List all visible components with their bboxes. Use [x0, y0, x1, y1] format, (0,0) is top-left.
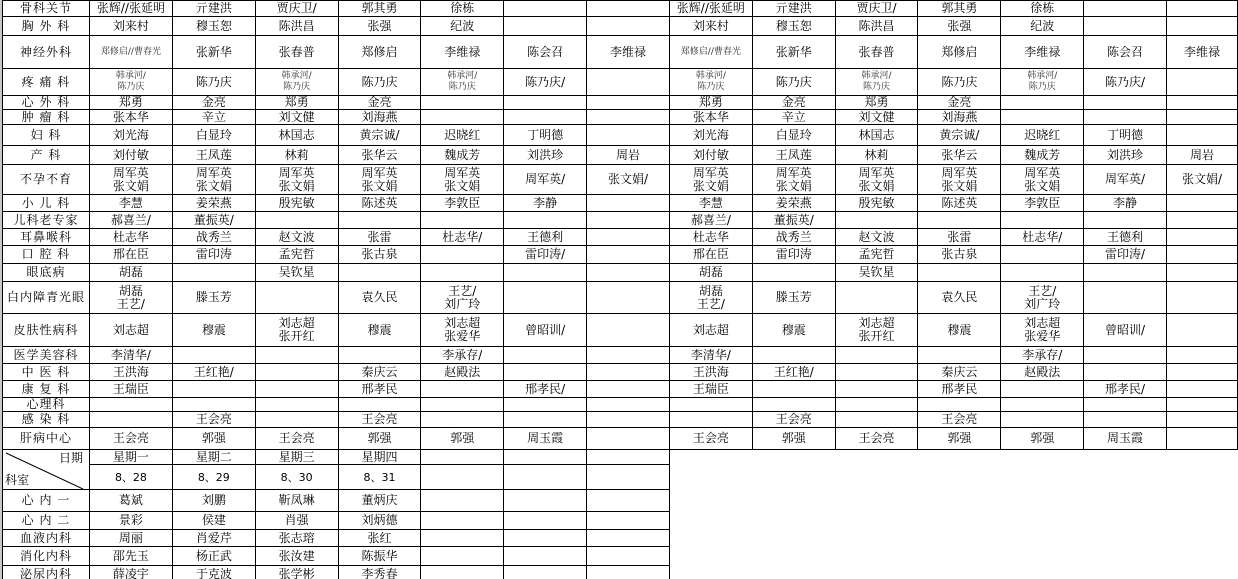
department-cell[interactable]: 胸 外 科 — [3, 17, 90, 36]
doctor-cell[interactable] — [421, 398, 504, 412]
doctor-cell[interactable]: 林国志 — [835, 125, 918, 146]
doctor-cell[interactable]: 秦庆云 — [918, 364, 1001, 381]
doctor-cell[interactable]: 陈会召 — [504, 36, 587, 69]
doctor-cell[interactable]: 陈乃庆/ — [1084, 69, 1167, 96]
doctor-cell[interactable]: 殷宪敏 — [835, 195, 918, 212]
doctor-cell[interactable]: 王会亮 — [89, 428, 172, 450]
doctor-cell[interactable] — [421, 110, 504, 125]
doctor-cell[interactable] — [587, 246, 670, 264]
doctor-cell[interactable]: 张本华 — [669, 110, 752, 125]
doctor-cell[interactable] — [752, 264, 835, 282]
doctor-cell[interactable] — [172, 398, 255, 412]
doctor-cell[interactable]: 魏成芳 — [421, 146, 504, 165]
department-cell[interactable]: 康 复 科 — [3, 381, 90, 398]
doctor-cell[interactable]: 杜志华/ — [421, 229, 504, 246]
department-cell[interactable]: 神经外科 — [3, 36, 90, 69]
doctor-cell[interactable] — [504, 364, 587, 381]
doctor-cell[interactable]: 张汝建 — [255, 547, 338, 566]
doctor-cell[interactable] — [255, 212, 338, 229]
doctor-cell[interactable] — [1166, 264, 1237, 282]
weekday-cell[interactable] — [421, 450, 504, 465]
doctor-cell[interactable]: 黄宗诚/ — [338, 125, 421, 146]
doctor-cell[interactable]: 袁久民 — [918, 282, 1001, 314]
doctor-cell[interactable]: 胡磊王艺/ — [669, 282, 752, 314]
doctor-cell[interactable]: 周丽 — [89, 530, 172, 547]
date-cell[interactable]: 8、29 — [172, 465, 255, 490]
doctor-cell[interactable]: 葛斌 — [89, 490, 172, 512]
doctor-cell[interactable]: 雷印涛/ — [504, 246, 587, 264]
doctor-cell[interactable]: 周军英/ — [1084, 165, 1167, 195]
doctor-cell[interactable] — [255, 381, 338, 398]
doctor-cell[interactable]: 杨正武 — [172, 547, 255, 566]
doctor-cell[interactable]: 纪波 — [1001, 17, 1084, 36]
doctor-cell[interactable]: 刘来村 — [669, 17, 752, 36]
doctor-cell[interactable]: 刘洪珍 — [504, 146, 587, 165]
doctor-cell[interactable]: 张古泉 — [918, 246, 1001, 264]
doctor-cell[interactable] — [1166, 1, 1237, 17]
doctor-cell[interactable] — [835, 398, 918, 412]
doctor-cell[interactable]: 战秀兰 — [752, 229, 835, 246]
department-cell[interactable]: 血液内科 — [3, 530, 90, 547]
doctor-cell[interactable] — [1166, 125, 1237, 146]
doctor-cell[interactable]: 王德利 — [504, 229, 587, 246]
doctor-cell[interactable]: 王艺/刘广玲 — [421, 282, 504, 314]
doctor-cell[interactable] — [587, 381, 670, 398]
doctor-cell[interactable]: 袁久民 — [338, 282, 421, 314]
doctor-cell[interactable] — [1084, 17, 1167, 36]
doctor-cell[interactable]: 王会亮 — [752, 412, 835, 428]
doctor-cell[interactable] — [669, 398, 752, 412]
department-cell[interactable]: 儿科老专家 — [3, 212, 90, 229]
doctor-cell[interactable]: 王艺/刘广玲 — [1001, 282, 1084, 314]
doctor-cell[interactable] — [1166, 364, 1237, 381]
doctor-cell[interactable] — [255, 412, 338, 428]
doctor-cell[interactable] — [172, 381, 255, 398]
doctor-cell[interactable]: 杜志华 — [669, 229, 752, 246]
doctor-cell[interactable]: 穆震 — [918, 314, 1001, 347]
doctor-cell[interactable]: 雷印涛/ — [1084, 246, 1167, 264]
doctor-cell[interactable] — [504, 212, 587, 229]
doctor-cell[interactable]: 陈乃庆 — [338, 69, 421, 96]
doctor-cell[interactable] — [338, 212, 421, 229]
doctor-cell[interactable]: 丁明德 — [1084, 125, 1167, 146]
date-cell[interactable]: 8、31 — [338, 465, 421, 490]
doctor-cell[interactable]: 郭强 — [752, 428, 835, 450]
doctor-cell[interactable] — [587, 547, 670, 566]
doctor-cell[interactable] — [1166, 347, 1237, 364]
doctor-cell[interactable] — [1001, 398, 1084, 412]
doctor-cell[interactable]: 林国志 — [255, 125, 338, 146]
department-cell[interactable]: 肿 瘤 科 — [3, 110, 90, 125]
doctor-cell[interactable]: 韩承河/陈乃庆 — [1001, 69, 1084, 96]
doctor-cell[interactable]: 胡磊王艺/ — [89, 282, 172, 314]
doctor-cell[interactable]: 刘炳德 — [338, 512, 421, 530]
doctor-cell[interactable]: 张辉//张延明 — [89, 1, 172, 17]
doctor-cell[interactable]: 郑修启//曹春光 — [669, 36, 752, 69]
department-cell[interactable]: 眼底病 — [3, 264, 90, 282]
doctor-cell[interactable]: 李静 — [1084, 195, 1167, 212]
doctor-cell[interactable]: 陈述英 — [918, 195, 1001, 212]
doctor-cell[interactable] — [255, 398, 338, 412]
doctor-cell[interactable]: 于克波 — [172, 566, 255, 579]
doctor-cell[interactable]: 邢在臣 — [669, 246, 752, 264]
doctor-cell[interactable] — [1166, 398, 1237, 412]
doctor-cell[interactable] — [1001, 264, 1084, 282]
doctor-cell[interactable]: 孟宪哲 — [835, 246, 918, 264]
doctor-cell[interactable]: 胡磊 — [669, 264, 752, 282]
doctor-cell[interactable] — [504, 530, 587, 547]
doctor-cell[interactable]: 刘志超 — [89, 314, 172, 347]
doctor-cell[interactable] — [1084, 398, 1167, 412]
doctor-cell[interactable]: 李静 — [504, 195, 587, 212]
doctor-cell[interactable] — [918, 347, 1001, 364]
doctor-cell[interactable] — [338, 264, 421, 282]
date-cell[interactable] — [421, 465, 504, 490]
doctor-cell[interactable] — [1084, 110, 1167, 125]
doctor-cell[interactable]: 刘洪珍 — [1084, 146, 1167, 165]
doctor-cell[interactable] — [587, 398, 670, 412]
doctor-cell[interactable] — [1166, 195, 1237, 212]
department-cell[interactable]: 心 内 一 — [3, 490, 90, 512]
doctor-cell[interactable] — [1084, 412, 1167, 428]
doctor-cell[interactable] — [1166, 282, 1237, 314]
date-cell[interactable]: 8、30 — [255, 465, 338, 490]
doctor-cell[interactable]: 陈洪昌 — [255, 17, 338, 36]
doctor-cell[interactable] — [1084, 1, 1167, 17]
doctor-cell[interactable]: 李清华/ — [669, 347, 752, 364]
doctor-cell[interactable]: 韩承河/陈乃庆 — [89, 69, 172, 96]
doctor-cell[interactable]: 肖爱芹 — [172, 530, 255, 547]
doctor-cell[interactable]: 赵文波 — [835, 229, 918, 246]
doctor-cell[interactable]: 张辉//张延明 — [669, 1, 752, 17]
doctor-cell[interactable]: 亓建洪 — [172, 1, 255, 17]
doctor-cell[interactable] — [918, 212, 1001, 229]
department-cell[interactable]: 中 医 科 — [3, 364, 90, 381]
doctor-cell[interactable] — [1166, 212, 1237, 229]
doctor-cell[interactable]: 徐栋 — [1001, 1, 1084, 17]
doctor-cell[interactable] — [1084, 347, 1167, 364]
doctor-cell[interactable]: 赵殿法 — [421, 364, 504, 381]
department-cell[interactable]: 心 内 二 — [3, 512, 90, 530]
doctor-cell[interactable] — [587, 412, 670, 428]
doctor-cell[interactable]: 刘志超张开红 — [255, 314, 338, 347]
doctor-cell[interactable]: 林莉 — [255, 146, 338, 165]
doctor-cell[interactable]: 邢孝民 — [918, 381, 1001, 398]
doctor-cell[interactable] — [504, 398, 587, 412]
doctor-cell[interactable]: 魏成芳 — [1001, 146, 1084, 165]
doctor-cell[interactable]: 王会亮 — [255, 428, 338, 450]
doctor-cell[interactable]: 董炳庆 — [338, 490, 421, 512]
doctor-cell[interactable]: 郭其勇 — [918, 1, 1001, 17]
doctor-cell[interactable]: 李承存/ — [421, 347, 504, 364]
doctor-cell[interactable] — [835, 412, 918, 428]
doctor-cell[interactable]: 雷印涛 — [752, 246, 835, 264]
doctor-cell[interactable] — [669, 412, 752, 428]
weekday-cell[interactable] — [504, 450, 587, 465]
doctor-cell[interactable]: 王凤莲 — [172, 146, 255, 165]
doctor-cell[interactable]: 王凤莲 — [752, 146, 835, 165]
doctor-cell[interactable]: 周岩 — [587, 146, 670, 165]
weekday-cell[interactable] — [587, 450, 670, 465]
doctor-cell[interactable]: 周军英张文娟 — [918, 165, 1001, 195]
department-cell[interactable]: 心 外 科 — [3, 96, 90, 110]
doctor-cell[interactable]: 金亮 — [338, 96, 421, 110]
doctor-cell[interactable] — [587, 347, 670, 364]
department-cell[interactable]: 感 染 科 — [3, 412, 90, 428]
department-cell[interactable]: 妇 科 — [3, 125, 90, 146]
doctor-cell[interactable] — [421, 212, 504, 229]
doctor-cell[interactable]: 刘志超张爱华 — [421, 314, 504, 347]
doctor-cell[interactable]: 郑勇 — [835, 96, 918, 110]
doctor-cell[interactable] — [752, 347, 835, 364]
doctor-cell[interactable] — [1166, 96, 1237, 110]
doctor-cell[interactable] — [835, 347, 918, 364]
doctor-cell[interactable]: 陈乃庆/ — [504, 69, 587, 96]
doctor-cell[interactable] — [1001, 246, 1084, 264]
doctor-cell[interactable]: 王瑞臣 — [669, 381, 752, 398]
doctor-cell[interactable]: 周军英/ — [504, 165, 587, 195]
department-cell[interactable]: 皮肤性病科 — [3, 314, 90, 347]
doctor-cell[interactable]: 吴钦星 — [835, 264, 918, 282]
doctor-cell[interactable] — [421, 530, 504, 547]
doctor-cell[interactable]: 周军英张文娟 — [172, 165, 255, 195]
doctor-cell[interactable] — [587, 69, 670, 96]
doctor-cell[interactable]: 李承存/ — [1001, 347, 1084, 364]
doctor-cell[interactable]: 韩承河/陈乃庆 — [835, 69, 918, 96]
doctor-cell[interactable]: 周军英张文娟 — [421, 165, 504, 195]
doctor-cell[interactable]: 林莉 — [835, 146, 918, 165]
doctor-cell[interactable]: 李敦臣 — [1001, 195, 1084, 212]
doctor-cell[interactable]: 张红 — [338, 530, 421, 547]
doctor-cell[interactable]: 王洪海 — [89, 364, 172, 381]
doctor-cell[interactable]: 周军英张文娟 — [255, 165, 338, 195]
doctor-cell[interactable]: 张春普 — [255, 36, 338, 69]
doctor-cell[interactable]: 郑勇 — [255, 96, 338, 110]
doctor-cell[interactable]: 景彩 — [89, 512, 172, 530]
department-cell[interactable]: 消化内科 — [3, 547, 90, 566]
doctor-cell[interactable] — [587, 96, 670, 110]
doctor-cell[interactable] — [1166, 110, 1237, 125]
department-cell[interactable]: 白内障青光眼 — [3, 282, 90, 314]
doctor-cell[interactable]: 刘志超 — [669, 314, 752, 347]
department-cell[interactable]: 心理科 — [3, 398, 90, 412]
doctor-cell[interactable]: 刘来村 — [89, 17, 172, 36]
department-cell[interactable]: 口 腔 科 — [3, 246, 90, 264]
doctor-cell[interactable] — [587, 229, 670, 246]
doctor-cell[interactable] — [504, 264, 587, 282]
doctor-cell[interactable]: 穆玉恕 — [752, 17, 835, 36]
doctor-cell[interactable] — [587, 125, 670, 146]
doctor-cell[interactable]: 张华云 — [338, 146, 421, 165]
doctor-cell[interactable]: 张古泉 — [338, 246, 421, 264]
doctor-cell[interactable]: 韩承河/陈乃庆 — [255, 69, 338, 96]
doctor-cell[interactable]: 郑勇 — [669, 96, 752, 110]
doctor-cell[interactable]: 陈洪昌 — [835, 17, 918, 36]
doctor-cell[interactable]: 曾昭训/ — [1084, 314, 1167, 347]
doctor-cell[interactable] — [587, 364, 670, 381]
doctor-cell[interactable]: 姜荣燕 — [172, 195, 255, 212]
doctor-cell[interactable]: 辛立 — [752, 110, 835, 125]
doctor-cell[interactable] — [1084, 212, 1167, 229]
doctor-cell[interactable] — [1166, 69, 1237, 96]
doctor-cell[interactable] — [504, 1, 587, 17]
doctor-cell[interactable] — [255, 347, 338, 364]
doctor-cell[interactable]: 韩承河/陈乃庆 — [669, 69, 752, 96]
doctor-cell[interactable]: 郭强 — [918, 428, 1001, 450]
doctor-cell[interactable]: 王洪海 — [669, 364, 752, 381]
doctor-cell[interactable] — [587, 264, 670, 282]
doctor-cell[interactable] — [835, 212, 918, 229]
doctor-cell[interactable]: 李维禄 — [1166, 36, 1237, 69]
doctor-cell[interactable] — [1084, 264, 1167, 282]
doctor-cell[interactable]: 周玉霞 — [1084, 428, 1167, 450]
department-cell[interactable]: 骨科关节 — [3, 1, 90, 17]
doctor-cell[interactable] — [587, 212, 670, 229]
doctor-cell[interactable]: 邢孝民/ — [504, 381, 587, 398]
department-cell[interactable]: 医学美容科 — [3, 347, 90, 364]
doctor-cell[interactable]: 郭其勇 — [338, 1, 421, 17]
doctor-cell[interactable] — [1166, 412, 1237, 428]
doctor-cell[interactable] — [504, 347, 587, 364]
doctor-cell[interactable]: 王红艳/ — [172, 364, 255, 381]
doctor-cell[interactable]: 邢在臣 — [89, 246, 172, 264]
doctor-cell[interactable] — [835, 282, 918, 314]
doctor-cell[interactable] — [255, 282, 338, 314]
doctor-cell[interactable]: 刘光海 — [89, 125, 172, 146]
doctor-cell[interactable] — [504, 412, 587, 428]
doctor-cell[interactable]: 王会亮 — [918, 412, 1001, 428]
doctor-cell[interactable]: 刘志超张爱华 — [1001, 314, 1084, 347]
doctor-cell[interactable] — [504, 282, 587, 314]
department-cell[interactable]: 产 科 — [3, 146, 90, 165]
doctor-cell[interactable] — [587, 530, 670, 547]
doctor-cell[interactable]: 郭强 — [1001, 428, 1084, 450]
doctor-cell[interactable]: 贾庆卫/ — [835, 1, 918, 17]
doctor-cell[interactable]: 周军英张文娟 — [835, 165, 918, 195]
doctor-cell[interactable]: 郭强 — [172, 428, 255, 450]
doctor-cell[interactable]: 陈乃庆 — [172, 69, 255, 96]
doctor-cell[interactable] — [835, 364, 918, 381]
doctor-cell[interactable] — [1084, 282, 1167, 314]
doctor-cell[interactable]: 张文娟/ — [587, 165, 670, 195]
date-cell[interactable]: 8、28 — [89, 465, 172, 490]
doctor-cell[interactable]: 滕玉芳 — [172, 282, 255, 314]
doctor-cell[interactable]: 金亮 — [172, 96, 255, 110]
doctor-cell[interactable]: 曾昭训/ — [504, 314, 587, 347]
doctor-cell[interactable] — [255, 364, 338, 381]
doctor-cell[interactable] — [752, 398, 835, 412]
doctor-cell[interactable] — [587, 282, 670, 314]
doctor-cell[interactable]: 孟宪哲 — [255, 246, 338, 264]
doctor-cell[interactable]: 郑修启//曹春光 — [89, 36, 172, 69]
doctor-cell[interactable]: 董振英/ — [752, 212, 835, 229]
doctor-cell[interactable] — [752, 381, 835, 398]
doctor-cell[interactable] — [1084, 364, 1167, 381]
doctor-cell[interactable] — [918, 398, 1001, 412]
doctor-cell[interactable]: 张春普 — [835, 36, 918, 69]
doctor-cell[interactable]: 李维禄 — [421, 36, 504, 69]
doctor-cell[interactable]: 韩承河/陈乃庆 — [421, 69, 504, 96]
doctor-cell[interactable]: 张新华 — [172, 36, 255, 69]
doctor-cell[interactable]: 肖强 — [255, 512, 338, 530]
doctor-cell[interactable]: 郝喜兰/ — [89, 212, 172, 229]
doctor-cell[interactable]: 王会亮 — [669, 428, 752, 450]
doctor-cell[interactable] — [421, 96, 504, 110]
doctor-cell[interactable]: 王会亮 — [172, 412, 255, 428]
doctor-cell[interactable]: 李维禄 — [1001, 36, 1084, 69]
doctor-cell[interactable]: 王会亮 — [338, 412, 421, 428]
doctor-cell[interactable] — [835, 381, 918, 398]
doctor-cell[interactable]: 殷宪敏 — [255, 195, 338, 212]
doctor-cell[interactable]: 周军英张文娟 — [752, 165, 835, 195]
doctor-cell[interactable]: 薛凌宇 — [89, 566, 172, 579]
doctor-cell[interactable] — [1166, 428, 1237, 450]
doctor-cell[interactable]: 黄宗诚/ — [918, 125, 1001, 146]
doctor-cell[interactable] — [1001, 96, 1084, 110]
doctor-cell[interactable] — [1001, 110, 1084, 125]
doctor-cell[interactable]: 陈乃庆 — [918, 69, 1001, 96]
doctor-cell[interactable]: 赵殿法 — [1001, 364, 1084, 381]
doctor-cell[interactable]: 姜荣燕 — [752, 195, 835, 212]
doctor-cell[interactable]: 郑修启 — [918, 36, 1001, 69]
doctor-cell[interactable] — [587, 195, 670, 212]
doctor-cell[interactable]: 刘文健 — [255, 110, 338, 125]
doctor-cell[interactable]: 迟晓红 — [1001, 125, 1084, 146]
department-cell[interactable]: 疼 痛 科 — [3, 69, 90, 96]
doctor-cell[interactable] — [1001, 412, 1084, 428]
doctor-cell[interactable] — [587, 566, 670, 579]
weekday-cell[interactable]: 星期四 — [338, 450, 421, 465]
doctor-cell[interactable]: 周军英张文娟 — [669, 165, 752, 195]
doctor-cell[interactable] — [421, 412, 504, 428]
doctor-cell[interactable]: 张雷 — [918, 229, 1001, 246]
doctor-cell[interactable]: 郭强 — [421, 428, 504, 450]
doctor-cell[interactable] — [421, 512, 504, 530]
doctor-cell[interactable] — [918, 264, 1001, 282]
doctor-cell[interactable]: 金亮 — [752, 96, 835, 110]
doctor-cell[interactable] — [504, 566, 587, 579]
doctor-cell[interactable] — [421, 246, 504, 264]
doctor-cell[interactable]: 金亮 — [918, 96, 1001, 110]
doctor-cell[interactable]: 张文娟/ — [1166, 165, 1237, 195]
doctor-cell[interactable] — [1166, 229, 1237, 246]
doctor-cell[interactable]: 秦庆云 — [338, 364, 421, 381]
doctor-cell[interactable]: 邢孝民/ — [1084, 381, 1167, 398]
doctor-cell[interactable]: 刘海燕 — [338, 110, 421, 125]
doctor-cell[interactable]: 张本华 — [89, 110, 172, 125]
doctor-cell[interactable]: 穆玉恕 — [172, 17, 255, 36]
doctor-cell[interactable] — [587, 1, 670, 17]
doctor-cell[interactable]: 刘海燕 — [918, 110, 1001, 125]
doctor-cell[interactable] — [504, 547, 587, 566]
doctor-cell[interactable]: 张强 — [338, 17, 421, 36]
doctor-cell[interactable] — [89, 412, 172, 428]
doctor-cell[interactable]: 王德利 — [1084, 229, 1167, 246]
doctor-cell[interactable]: 周岩 — [1166, 146, 1237, 165]
doctor-cell[interactable] — [1166, 246, 1237, 264]
doctor-cell[interactable]: 郑修启 — [338, 36, 421, 69]
doctor-cell[interactable]: 穆震 — [752, 314, 835, 347]
doctor-cell[interactable]: 雷印涛 — [172, 246, 255, 264]
doctor-cell[interactable]: 迟晓红 — [421, 125, 504, 146]
doctor-cell[interactable] — [172, 347, 255, 364]
doctor-cell[interactable]: 刘鹏 — [172, 490, 255, 512]
department-cell[interactable]: 泌尿内科 — [3, 566, 90, 579]
doctor-cell[interactable]: 李清华/ — [89, 347, 172, 364]
doctor-cell[interactable]: 刘文健 — [835, 110, 918, 125]
weekday-cell[interactable]: 星期二 — [172, 450, 255, 465]
doctor-cell[interactable] — [587, 512, 670, 530]
